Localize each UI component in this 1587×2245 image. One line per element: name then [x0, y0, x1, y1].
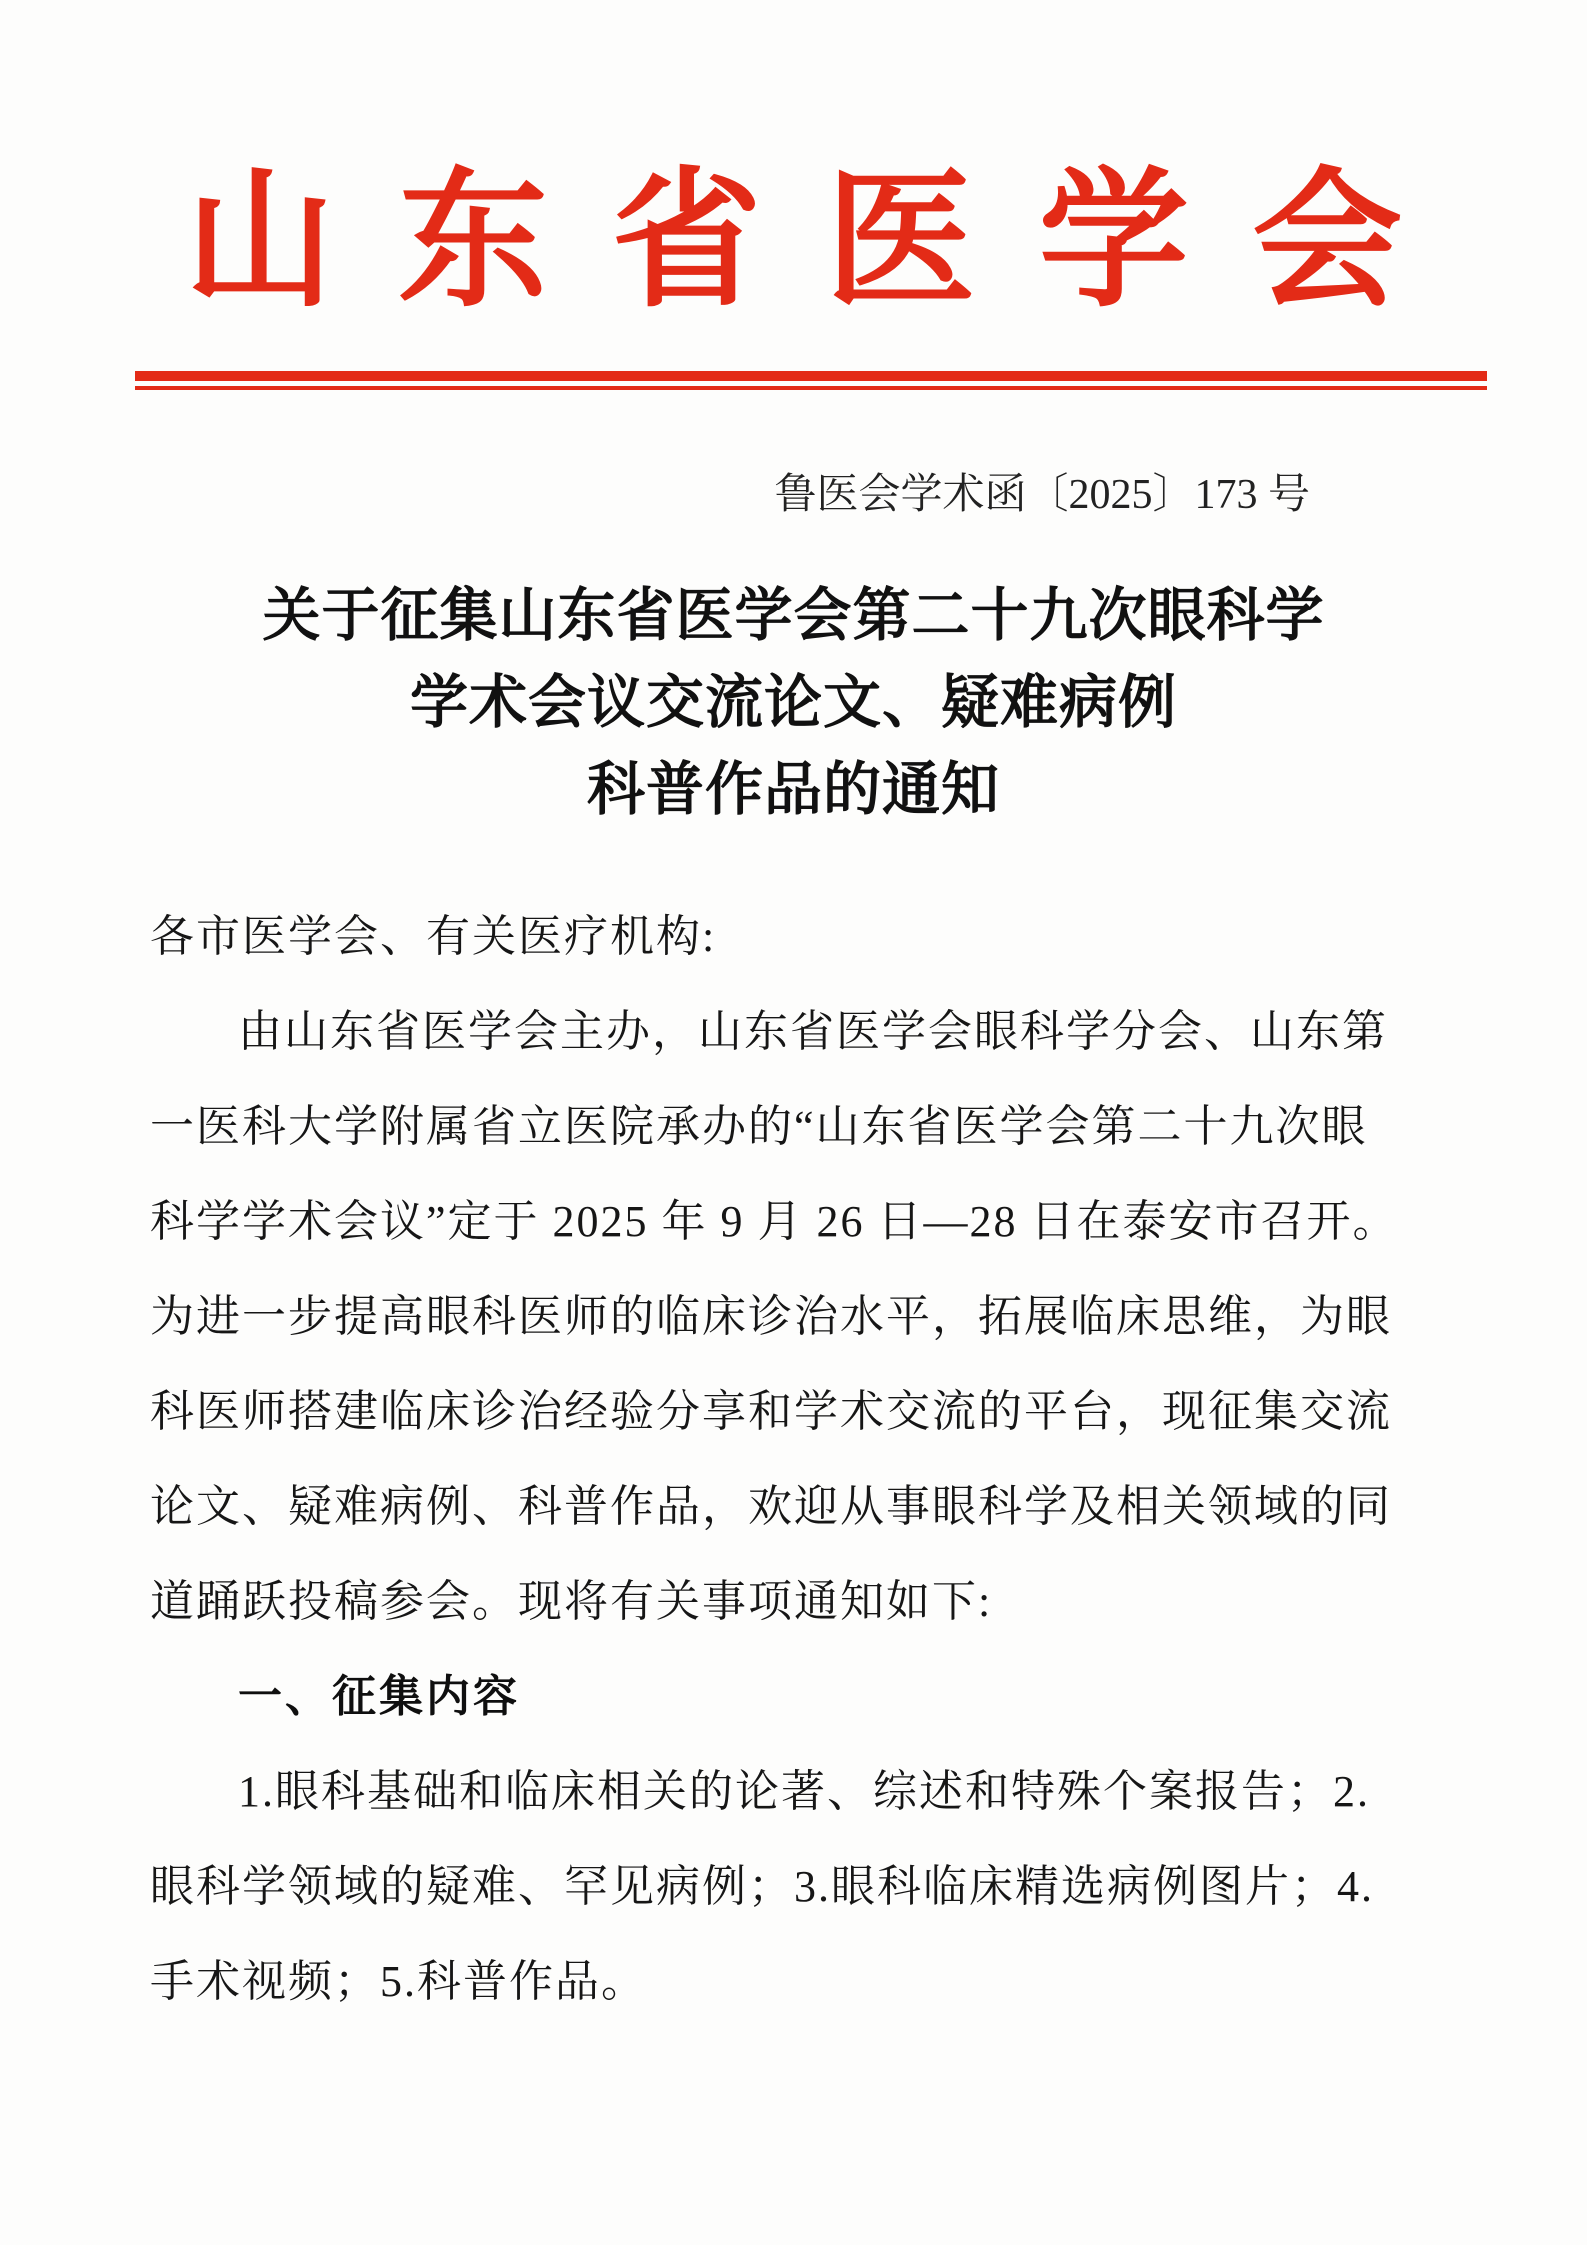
paragraph1-line-4: 为进一步提高眼科医师的临床诊治水平，拓展临床思维，为眼	[150, 1269, 1457, 1364]
paragraph1-line-6: 论文、疑难病例、科普作品，欢迎从事眼科学及相关领域的同	[150, 1459, 1457, 1554]
paragraph1-line-1: 由山东省医学会主办，山东省医学会眼科学分会、山东第	[150, 984, 1457, 1079]
doc-title: 关于征集山东省医学会第二十九次眼科学 学术会议交流论文、疑难病例 科普作品的通知	[0, 572, 1587, 833]
salutation: 各市医学会、有关医疗机构:	[150, 889, 1457, 984]
org-masthead-title: 山 东 省 医 学 会	[0, 160, 1587, 325]
section1-line-1: 1.眼科基础和临床相关的论著、综述和特殊个案报告；2.	[150, 1744, 1457, 1839]
section1-heading: 一、征集内容	[150, 1649, 1457, 1744]
paragraph1-line-3: 科学学术会议”定于 2025 年 9 月 26 日—28 日在泰安市召开。	[150, 1174, 1457, 1269]
red-divider-rule	[135, 371, 1487, 390]
doc-title-line-2: 学术会议交流论文、疑难病例	[0, 659, 1587, 746]
section1-line-2: 眼科学领域的疑难、罕见病例；3.眼科临床精选病例图片；4.	[150, 1839, 1457, 1934]
section1-line-3: 手术视频；5.科普作品。	[150, 1934, 1457, 2029]
doc-title-line-3: 科普作品的通知	[0, 746, 1587, 833]
official-notice-page: 山 东 省 医 学 会 鲁医会学术函〔2025〕173 号 关于征集山东省医学会…	[0, 0, 1587, 2245]
paragraph1-line-7: 道踊跃投稿参会。现将有关事项通知如下:	[150, 1554, 1457, 1649]
doc-title-line-1: 关于征集山东省医学会第二十九次眼科学	[0, 572, 1587, 659]
notice-body: 各市医学会、有关医疗机构: 由山东省医学会主办，山东省医学会眼科学分会、山东第 …	[150, 889, 1457, 2029]
paragraph1-line-5: 科医师搭建临床诊治经验分享和学术交流的平台，现征集交流	[150, 1364, 1457, 1459]
doc-reference-number: 鲁医会学术函〔2025〕173 号	[0, 470, 1587, 520]
paragraph1-line-2: 一医科大学附属省立医院承办的“山东省医学会第二十九次眼	[150, 1079, 1457, 1174]
